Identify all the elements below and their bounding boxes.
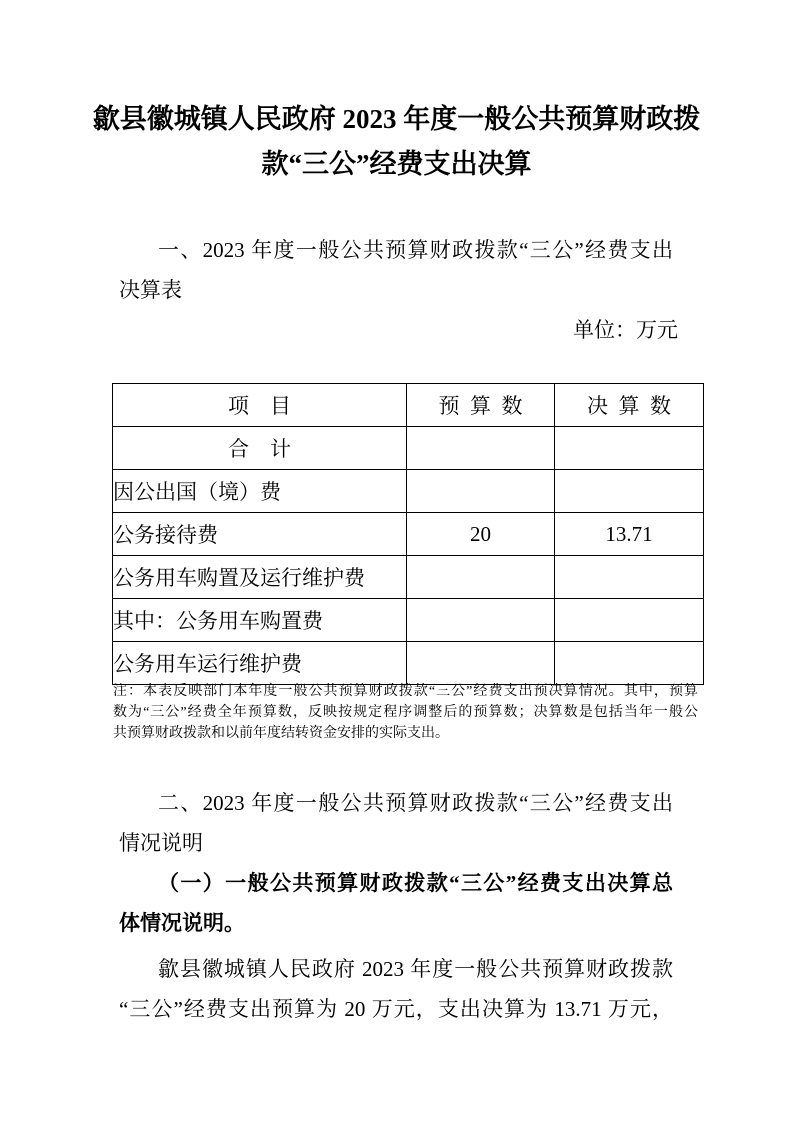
table-row-abroad: 因公出国（境）费 bbox=[113, 470, 704, 513]
section2-heading-line-1: 二、2023 年度一般公共预算财政拨款“三公”经费支出 bbox=[119, 783, 673, 823]
column-header-budget: 预算数 bbox=[407, 384, 555, 427]
row-vehicle-operation-item: 公务用车运行维护费 bbox=[113, 642, 407, 685]
column-header-final: 决算数 bbox=[555, 384, 704, 427]
row-vehicle-total-final bbox=[555, 556, 704, 599]
expenditure-table: 项目 预算数 决算数 合计 因公出国（境）费 公务接待费 20 13.71 bbox=[112, 383, 704, 685]
row-total-item: 合计 bbox=[113, 427, 407, 470]
document-title: 歙县徽城镇人民政府 2023 年度一般公共预算财政拨 款“三公”经费支出决算 bbox=[60, 97, 733, 187]
section2-subheading-line-1: （一）一般公共预算财政拨款“三公”经费支出决算总 bbox=[119, 863, 673, 903]
table-note-line-1: 注：本表反映部门本年度一般公共预算财政拨款“三公”经费支出预决算情况。其中，预算 bbox=[113, 681, 698, 702]
row-abroad-final bbox=[555, 470, 704, 513]
row-total-budget bbox=[407, 427, 555, 470]
row-reception-item: 公务接待费 bbox=[113, 513, 407, 556]
table-row-vehicle-total: 公务用车购置及运行维护费 bbox=[113, 556, 704, 599]
section2-subheading-line-2: 体情况说明。 bbox=[119, 903, 673, 943]
unit-label: 单位：万元 bbox=[573, 310, 678, 350]
row-vehicle-operation-final bbox=[555, 642, 704, 685]
row-abroad-item: 因公出国（境）费 bbox=[113, 470, 407, 513]
row-vehicle-operation-budget bbox=[407, 642, 555, 685]
table-note: 注：本表反映部门本年度一般公共预算财政拨款“三公”经费支出预决算情况。其中，预算… bbox=[113, 681, 698, 744]
row-vehicle-purchase-item: 其中：公务用车购置费 bbox=[113, 599, 407, 642]
table-header-row: 项目 预算数 决算数 bbox=[113, 384, 704, 427]
table-row-vehicle-purchase: 其中：公务用车购置费 bbox=[113, 599, 704, 642]
title-line-1: 歙县徽城镇人民政府 2023 年度一般公共预算财政拨 bbox=[60, 97, 733, 142]
section2: 二、2023 年度一般公共预算财政拨款“三公”经费支出 情况说明 （一）一般公共… bbox=[119, 783, 673, 1029]
row-abroad-budget bbox=[407, 470, 555, 513]
section1-heading-line-1: 一、2023 年度一般公共预算财政拨款“三公”经费支出 bbox=[119, 230, 673, 270]
table-note-line-2: 数为“三公”经费全年预算数，反映按规定程序调整后的预算数；决算数是包括当年一般公 bbox=[113, 702, 698, 723]
table-row-reception: 公务接待费 20 13.71 bbox=[113, 513, 704, 556]
row-reception-budget: 20 bbox=[407, 513, 555, 556]
title-line-2: 款“三公”经费支出决算 bbox=[60, 142, 733, 187]
row-vehicle-purchase-final bbox=[555, 599, 704, 642]
row-vehicle-purchase-budget bbox=[407, 599, 555, 642]
table-note-line-3: 共预算财政拨款和以前年度结转资金安排的实际支出。 bbox=[113, 723, 698, 744]
table-row-total: 合计 bbox=[113, 427, 704, 470]
row-total-final bbox=[555, 427, 704, 470]
section2-paragraph-line-2: “三公”经费支出预算为 20 万元，支出决算为 13.71 万元， bbox=[119, 989, 673, 1029]
row-vehicle-total-budget bbox=[407, 556, 555, 599]
column-header-item: 项目 bbox=[113, 384, 407, 427]
section2-paragraph-line-1: 歙县徽城镇人民政府 2023 年度一般公共预算财政拨款 bbox=[119, 949, 673, 989]
table-row-vehicle-operation: 公务用车运行维护费 bbox=[113, 642, 704, 685]
row-reception-final: 13.71 bbox=[555, 513, 704, 556]
document-page: 歙县徽城镇人民政府 2023 年度一般公共预算财政拨 款“三公”经费支出决算 一… bbox=[0, 0, 793, 1122]
section1-heading-line-2: 决算表 bbox=[119, 270, 673, 310]
section1-heading: 一、2023 年度一般公共预算财政拨款“三公”经费支出 决算表 bbox=[119, 230, 673, 310]
row-vehicle-total-item: 公务用车购置及运行维护费 bbox=[113, 556, 407, 599]
section2-heading-line-2: 情况说明 bbox=[119, 823, 673, 863]
